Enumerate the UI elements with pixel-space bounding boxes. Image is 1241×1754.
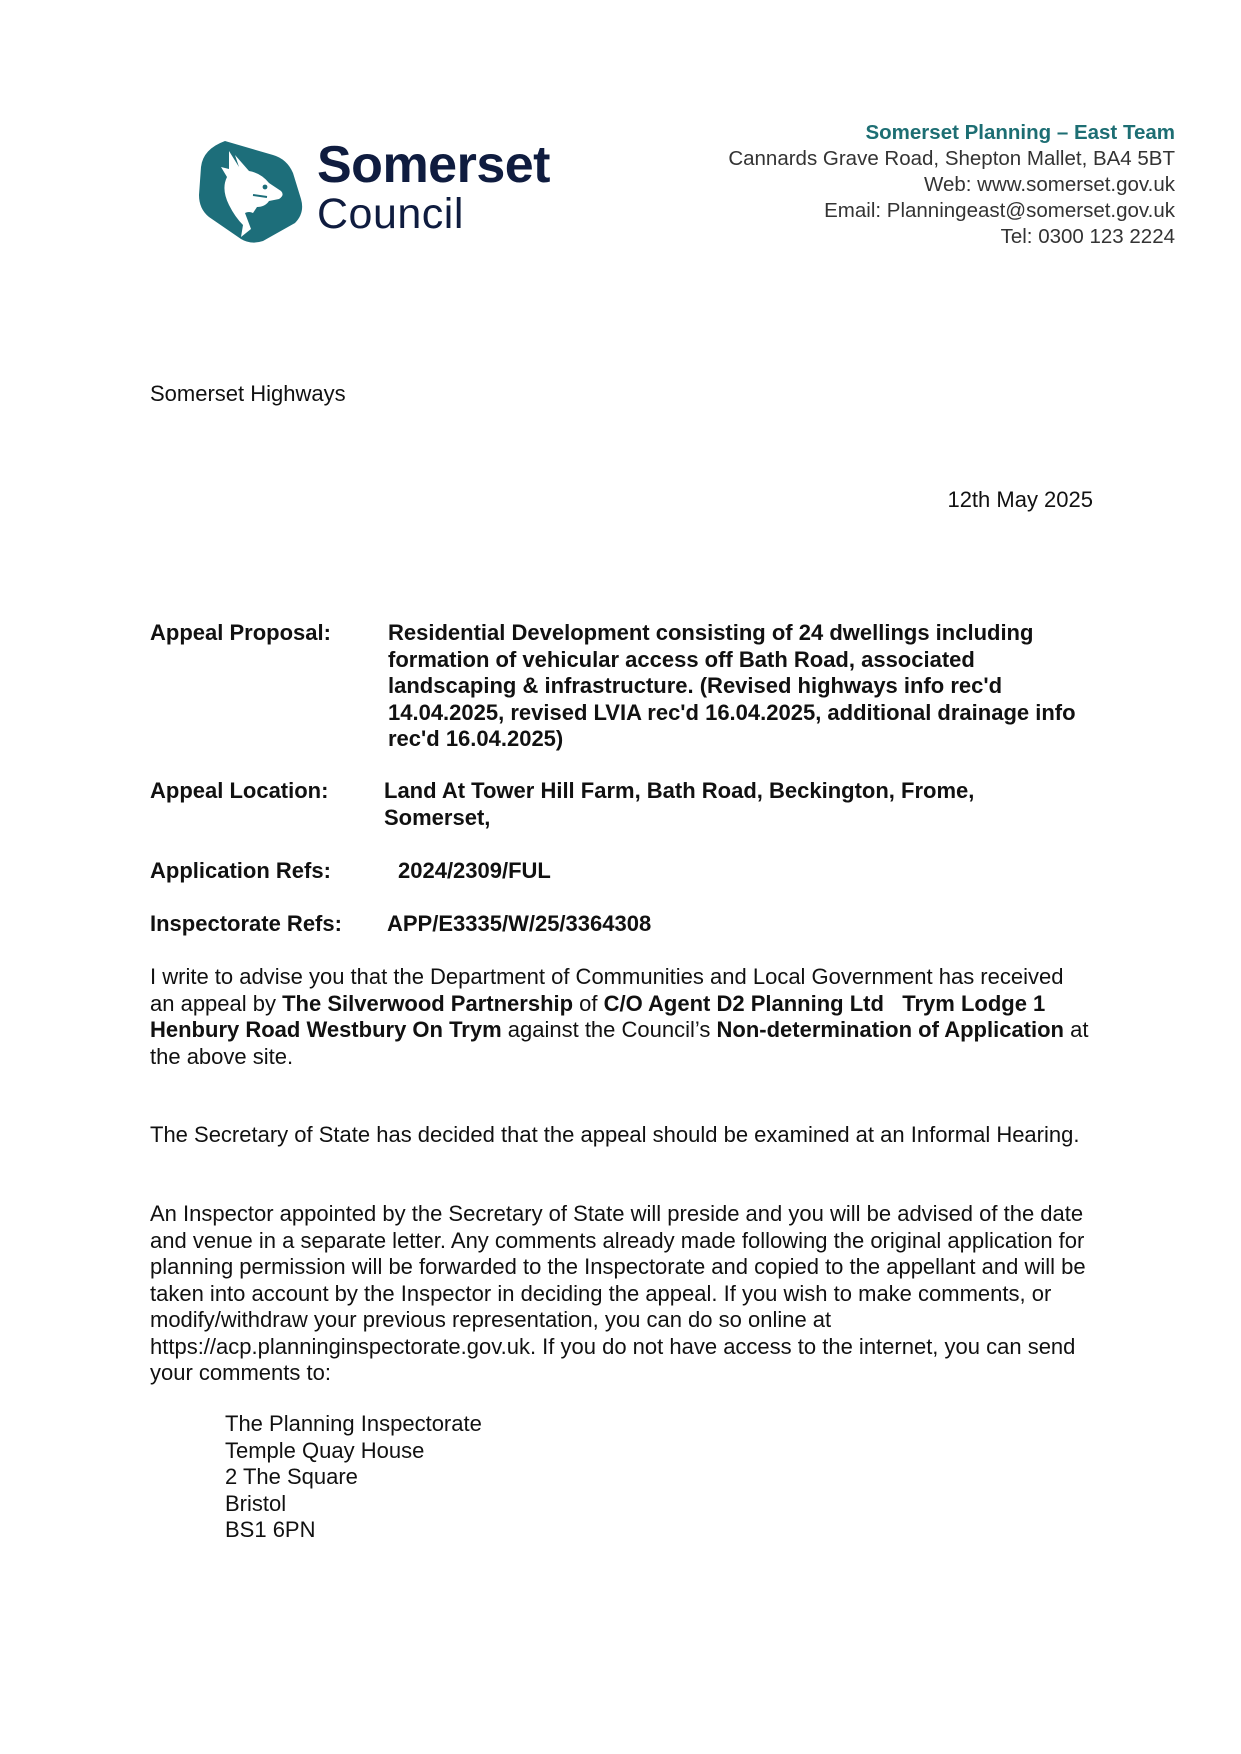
email-address: Email: Planningeast@somerset.gov.uk [728,198,1175,224]
letterhead-contact: Somerset Planning – East Team Cannards G… [728,120,1175,250]
logo-wordmark-council: Council [317,193,550,236]
address-line: 2 The Square [225,1464,482,1491]
dragon-icon [195,133,307,245]
address-line: BS1 6PN [225,1517,482,1544]
p1-text-2: of [573,991,604,1016]
recipient: Somerset Highways [150,381,346,408]
paragraph-hearing-type: The Secretary of State has decided that … [150,1122,1090,1149]
letter-date: 12th May 2025 [947,487,1093,514]
paragraph-appeal-received: I write to advise you that the Departmen… [150,964,1090,1070]
appellant-name: The Silverwood Partnership [282,991,573,1016]
appeal-proposal-label: Appeal Proposal: [150,620,331,647]
address-line: Bristol [225,1491,482,1518]
inspectorate-refs-value: APP/E3335/W/25/3364308 [387,911,651,938]
paragraph-comments-info: An Inspector appointed by the Secretary … [150,1201,1100,1387]
address-line: The Planning Inspectorate [225,1411,482,1438]
web-address: Web: www.somerset.gov.uk [728,172,1175,198]
logo-wordmark-somerset: Somerset [317,139,550,191]
inspectorate-refs-label: Inspectorate Refs: [150,911,342,938]
inspectorate-address: The Planning Inspectorate Temple Quay Ho… [225,1411,482,1544]
application-refs-value: 2024/2309/FUL [398,858,551,885]
somerset-council-logo: Somerset Council [195,133,575,245]
p1-text-3: against the Council’s [502,1017,717,1042]
office-address: Cannards Grave Road, Shepton Mallet, BA4… [728,146,1175,172]
appeal-location-label: Appeal Location: [150,778,328,805]
logo-wordmark: Somerset Council [317,139,550,236]
address-line: Temple Quay House [225,1438,482,1465]
appeal-location-value: Land At Tower Hill Farm, Bath Road, Beck… [384,778,1084,831]
telephone: Tel: 0300 123 2224 [728,224,1175,250]
team-name: Somerset Planning – East Team [728,120,1175,146]
appeal-proposal-value: Residential Development consisting of 24… [388,620,1088,753]
appeal-reason: Non-determination of Application [717,1017,1065,1042]
application-refs-label: Application Refs: [150,858,331,885]
